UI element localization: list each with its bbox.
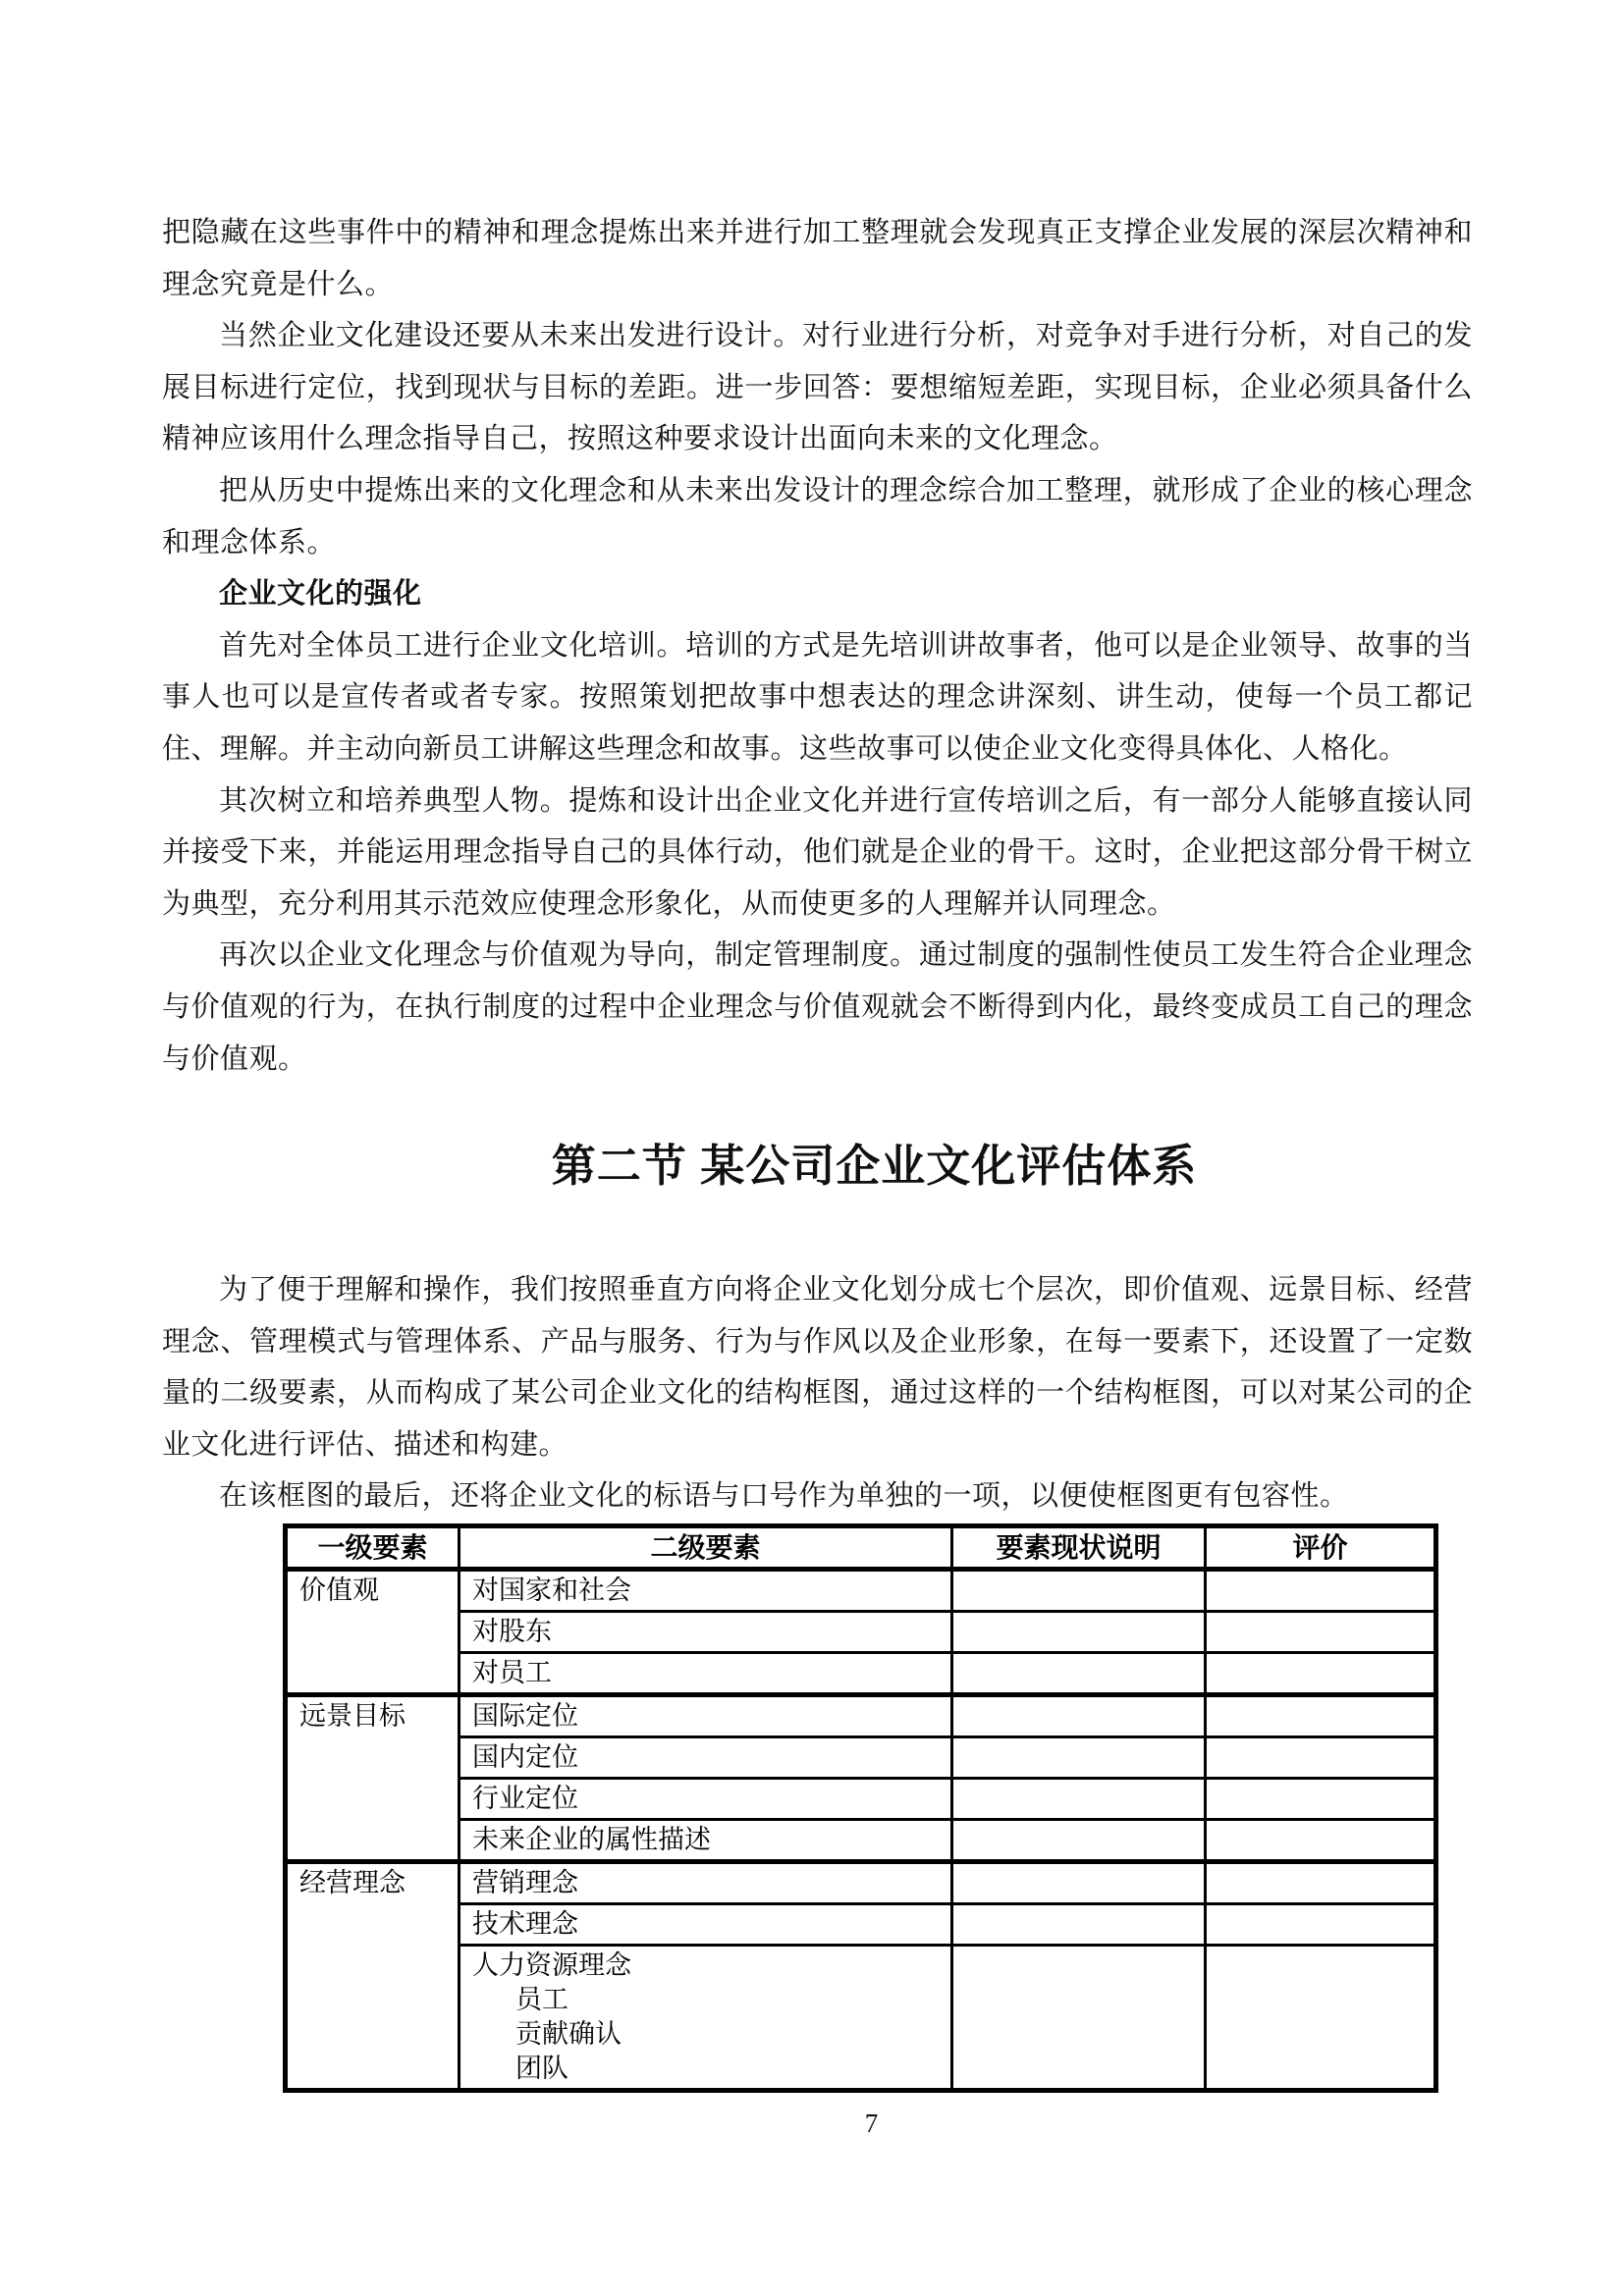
status-cell (952, 1612, 1206, 1653)
column-header-rating: 评价 (1206, 1526, 1436, 1570)
rating-cell (1206, 1946, 1436, 2091)
level2-subline: 贡献确认 (472, 2017, 939, 2052)
paragraph: 在该框图的最后，还将企业文化的标语与口号作为单独的一项，以便使框图更有包容性。 (162, 1470, 1473, 1522)
level1-cell-business-philosophy: 经营理念 (286, 1862, 460, 2091)
level2-cell: 国内定位 (460, 1737, 952, 1779)
body-text-block-1: 把隐藏在这些事件中的精神和理念提炼出来并进行加工整理就会发现真正支撑企业发展的深… (162, 207, 1473, 1085)
status-cell (952, 1779, 1206, 1820)
level1-cell-values: 价值观 (286, 1570, 460, 1695)
level2-cell-multiline: 人力资源理念 员工 贡献确认 团队 (460, 1946, 952, 2091)
rating-cell (1206, 1904, 1436, 1946)
column-header-level1: 一级要素 (286, 1526, 460, 1570)
rating-cell (1206, 1779, 1436, 1820)
table-row: 经营理念 营销理念 (286, 1862, 1436, 1904)
level2-line: 人力资源理念 (472, 1949, 939, 1983)
status-cell (952, 1737, 1206, 1779)
paragraph: 把隐藏在这些事件中的精神和理念提炼出来并进行加工整理就会发现真正支撑企业发展的深… (162, 207, 1473, 310)
status-cell (952, 1904, 1206, 1946)
subheading-culture-strengthening: 企业文化的强化 (162, 568, 1473, 620)
paragraph: 再次以企业文化理念与价值观为导向，制定管理制度。通过制度的强制性使员工发生符合企… (162, 930, 1473, 1085)
level2-subline: 团队 (472, 2052, 939, 2086)
level2-cell: 营销理念 (460, 1862, 952, 1904)
level2-cell: 对国家和社会 (460, 1570, 952, 1612)
paragraph: 首先对全体员工进行企业文化培训。培训的方式是先培训讲故事者，他可以是企业领导、故… (162, 620, 1473, 775)
status-cell (952, 1946, 1206, 2091)
table-row: 远景目标 国际定位 (286, 1695, 1436, 1737)
rating-cell (1206, 1737, 1436, 1779)
level2-cell: 行业定位 (460, 1779, 952, 1820)
status-cell (952, 1862, 1206, 1904)
column-header-status: 要素现状说明 (952, 1526, 1206, 1570)
paragraph: 为了便于理解和操作，我们按照垂直方向将企业文化划分成七个层次，即价值观、远景目标… (162, 1264, 1473, 1470)
level2-subline: 员工 (472, 1983, 939, 2017)
level2-cell: 国际定位 (460, 1695, 952, 1737)
column-header-level2: 二级要素 (460, 1526, 952, 1570)
rating-cell (1206, 1695, 1436, 1737)
section-title: 第二节 某公司企业文化评估体系 (219, 1130, 1530, 1194)
level2-cell: 技术理念 (460, 1904, 952, 1946)
rating-cell (1206, 1653, 1436, 1695)
body-text-block-2: 为了便于理解和操作，我们按照垂直方向将企业文化划分成七个层次，即价值观、远景目标… (162, 1264, 1473, 1522)
level2-cell: 未来企业的属性描述 (460, 1820, 952, 1862)
page-number: 7 (216, 2109, 1527, 2139)
rating-cell (1206, 1570, 1436, 1612)
document-page: 把隐藏在这些事件中的精神和理念提炼出来并进行加工整理就会发现真正支撑企业发展的深… (0, 0, 1623, 2296)
status-cell (952, 1695, 1206, 1737)
level2-cell: 对员工 (460, 1653, 952, 1695)
table-header-row: 一级要素 二级要素 要素现状说明 评价 (286, 1526, 1436, 1570)
paragraph: 把从历史中提炼出来的文化理念和从未来出发设计的理念综合加工整理，就形成了企业的核… (162, 465, 1473, 568)
rating-cell (1206, 1862, 1436, 1904)
level1-cell-vision: 远景目标 (286, 1695, 460, 1862)
table-row: 价值观 对国家和社会 (286, 1570, 1436, 1612)
status-cell (952, 1820, 1206, 1862)
rating-cell (1206, 1612, 1436, 1653)
status-cell (952, 1570, 1206, 1612)
rating-cell (1206, 1820, 1436, 1862)
paragraph: 当然企业文化建设还要从未来出发进行设计。对行业进行分析，对竞争对手进行分析，对自… (162, 310, 1473, 465)
culture-evaluation-table: 一级要素 二级要素 要素现状说明 评价 价值观 对国家和社会 对股东 对员工 (283, 1523, 1438, 2093)
status-cell (952, 1653, 1206, 1695)
paragraph: 其次树立和培养典型人物。提炼和设计出企业文化并进行宣传培训之后，有一部分人能够直… (162, 775, 1473, 931)
level2-cell: 对股东 (460, 1612, 952, 1653)
